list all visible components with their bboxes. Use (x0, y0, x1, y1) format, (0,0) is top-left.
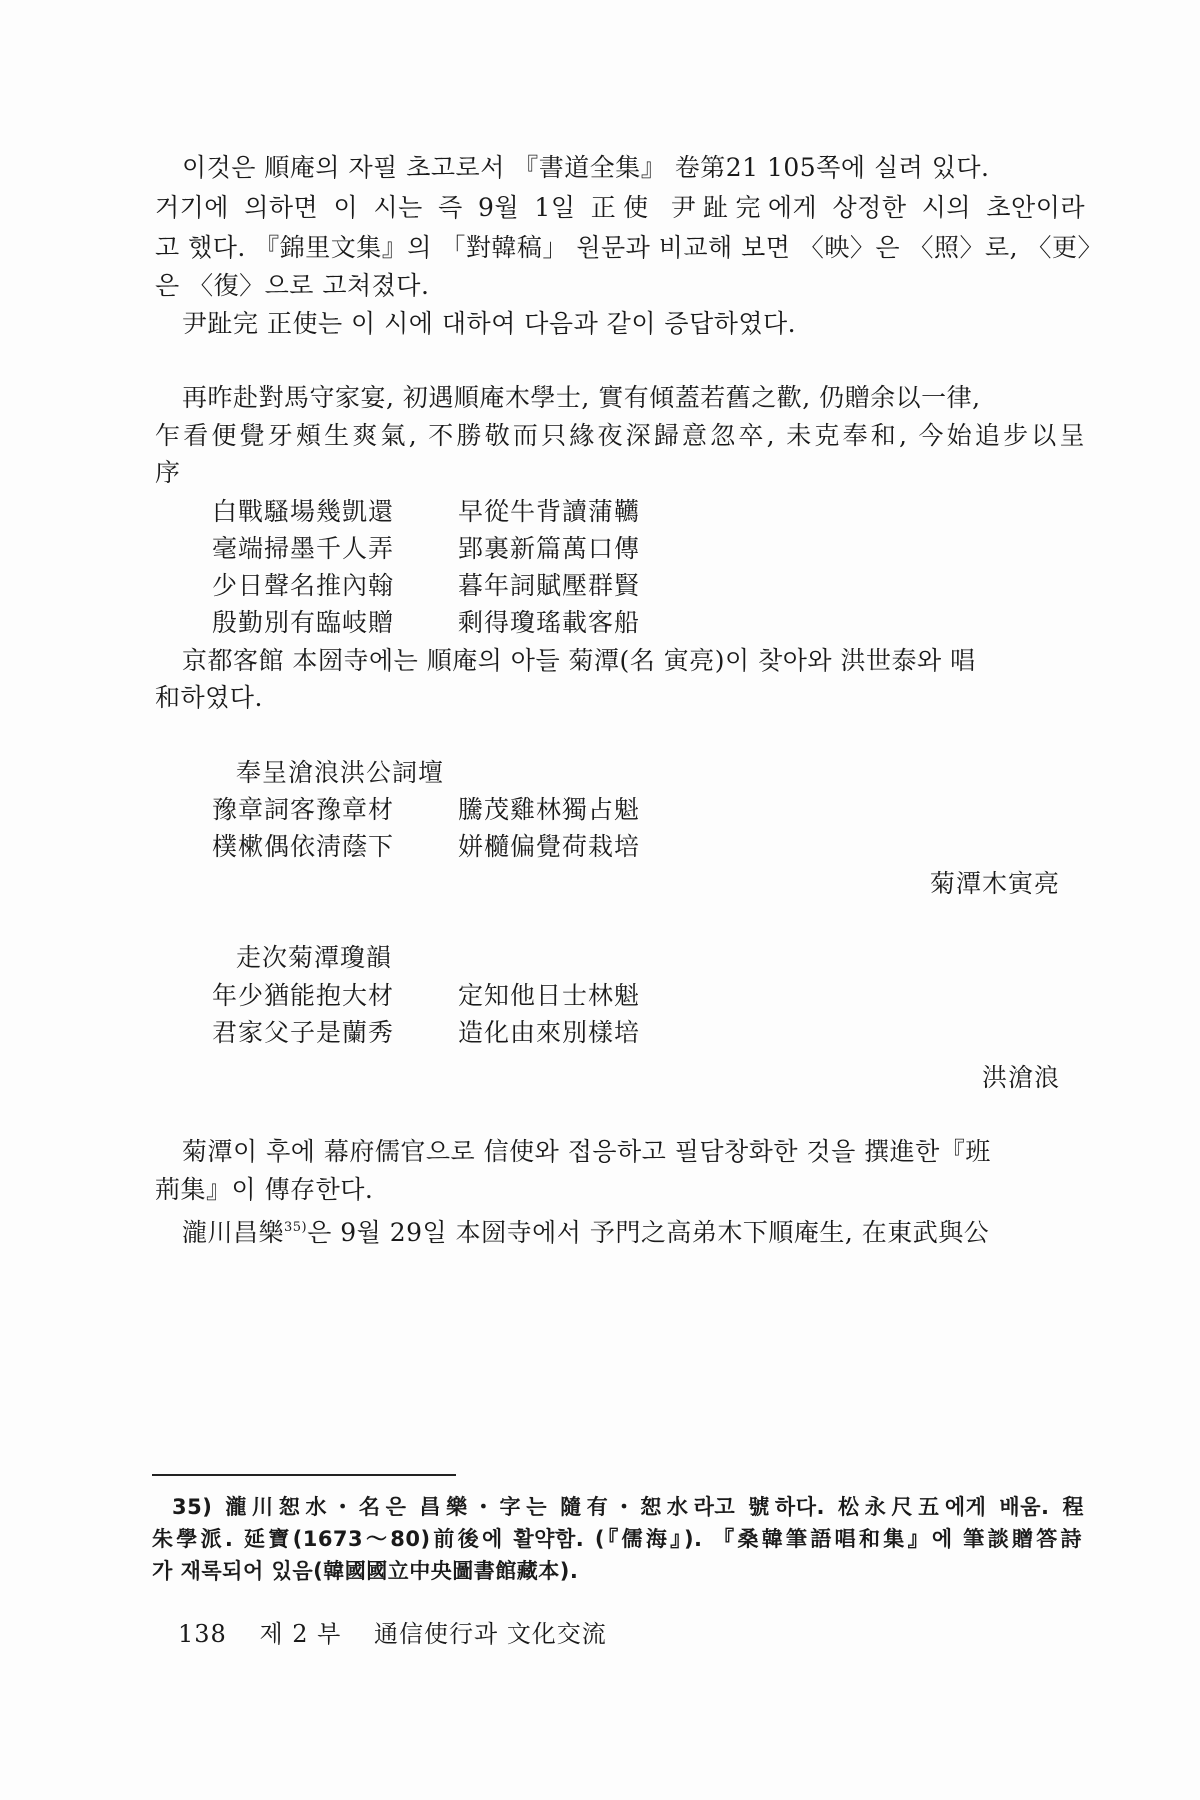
poem-1-line-1-left: 白戰騷場幾凱還 (212, 494, 394, 530)
poem-3-line-2-left: 君家父子是蘭秀 (212, 1015, 394, 1051)
footnote-35-line-1: 35) 瀧川恕水・名은 昌樂・字는 隨有・恕水라고 號하다. 松永尺五에게 배움… (172, 1490, 1084, 1524)
poem-1-line-4-right: 剩得瓊瑤載客船 (458, 605, 640, 641)
book-page: 이것은 順庵의 자필 초고로서 『書道全集』 卷第21 105쪽에 실려 있다.… (0, 0, 1200, 1800)
poem-3-signature: 洪滄浪 (982, 1060, 1060, 1096)
footnote-35-line-3: 가 재록되어 있음(韓國國立中央圖書館藏本). (152, 1554, 578, 1588)
poem-2-line-2-right: 姘㰐偏覺荷栽培 (458, 829, 640, 865)
paragraph-1-line-4: 은 〈復〉으로 고쳐졌다. (155, 268, 429, 304)
poem-2-title: 奉呈滄浪洪公詞壇 (236, 755, 444, 791)
poem-1-line-1-right: 早從牛背讀蒲韉 (458, 494, 640, 530)
part-label: 제 2 부 (259, 1620, 341, 1648)
page-number: 138 (178, 1620, 227, 1648)
poem-1-line-4-left: 殷勤別有臨岐贈 (212, 605, 394, 641)
poem-3-line-1-left: 年少猶能抱大材 (212, 978, 394, 1014)
poem-1-line-3-left: 少日聲名推內翰 (212, 568, 394, 604)
paragraph-3-line-2: 和하였다. (155, 680, 263, 716)
footnote-divider (152, 1474, 456, 1476)
footnote-ref-35[interactable]: 35) (284, 1220, 307, 1235)
preface-line-3: 序 (155, 455, 181, 491)
poem-2-line-2-left: 樸樕偶依淸蔭下 (212, 829, 394, 865)
paragraph-3-line-1: 京都客館 本圀寺에는 順庵의 아들 菊潭(名 寅亮)이 찾아와 洪世泰와 唱 (182, 643, 976, 679)
paragraph-4-line-1: 菊潭이 후에 幕府儒官으로 信使와 접응하고 필담창화한 것을 撰進한『班 (182, 1134, 991, 1170)
poem-2-line-1-left: 豫章詞客豫章材 (212, 792, 394, 828)
poem-2-signature: 菊潭木寅亮 (930, 866, 1060, 902)
part-title: 通信使行과 文化交流 (374, 1620, 607, 1648)
paragraph-4-line-2: 荊集』이 傳存한다. (155, 1172, 373, 1208)
poem-1-line-2-right: 郢裏新篇萬口傳 (458, 531, 640, 567)
poem-1-line-2-left: 毫端掃墨千人弄 (212, 531, 394, 567)
poem-3-line-1-right: 定知他日士林魁 (458, 978, 640, 1014)
poem-3-line-2-right: 造化由來別樣培 (458, 1015, 640, 1051)
paragraph-2-line-1: 尹趾完 正使는 이 시에 대하여 다음과 같이 증답하였다. (182, 306, 796, 342)
paragraph-1-line-2: 거기에 의하면 이 시는 즉 9월 1일 正使 尹趾完에게 상정한 시의 초안이… (155, 190, 1085, 226)
paragraph-5-text: 은 9월 29일 本圀寺에서 予門之高弟木下順庵生, 在東武與公 (307, 1218, 989, 1247)
running-footer: 138 제 2 부 通信使行과 文化交流 (178, 1618, 631, 1650)
footnote-35-line-2: 朱學派. 延寶(1673～80)前後에 활약함. (『儒海』). 『桑韓筆語唱和… (152, 1522, 1082, 1556)
poem-2-line-1-right: 騰茂雞林獨占魁 (458, 792, 640, 828)
preface-line-1: 再昨赴對馬守家宴, 初遇順庵木學士, 實有傾蓋若舊之歡, 仍贈余以一律, (182, 380, 981, 416)
paragraph-1-line-1: 이것은 順庵의 자필 초고로서 『書道全集』 卷第21 105쪽에 실려 있다. (182, 150, 989, 186)
paragraph-1-line-3: 고 했다. 『錦里文集』의 「對韓稿」 원문과 비교해 보면 〈映〉은 〈照〉로… (155, 230, 1085, 266)
poem-3-title: 走次菊潭瓊韻 (236, 940, 392, 976)
poem-1-line-3-right: 暮年詞賦壓群賢 (458, 568, 640, 604)
paragraph-5-line-1: 瀧川昌樂35)은 9월 29일 本圀寺에서 予門之高弟木下順庵生, 在東武與公 (182, 1210, 989, 1251)
preface-line-2: 乍看便覺牙頰生爽氣, 不勝敬而只緣夜深歸意忽卒, 未克奉和, 今始追步以呈 (155, 418, 1085, 454)
paragraph-5-subject: 瀧川昌樂 (182, 1218, 284, 1247)
